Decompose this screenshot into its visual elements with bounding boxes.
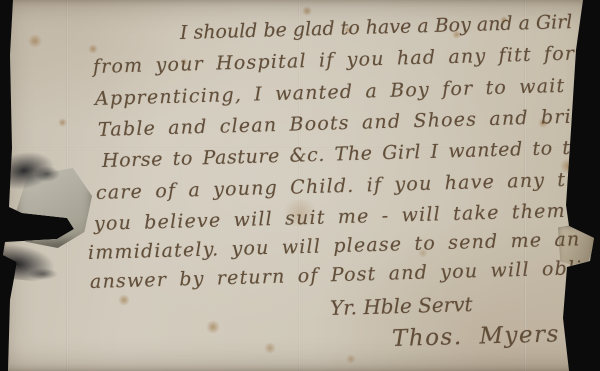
letter-paper: I should be glad to have a Boy and a Gir…: [0, 0, 600, 371]
photo-stage: I should be glad to have a Boy and a Gir…: [0, 0, 600, 371]
ink-smudge: [28, 268, 58, 280]
foxing-spot: [118, 294, 130, 306]
foxing-spot: [58, 118, 67, 127]
handwriting-line: Apprenticing, I wanted a Boy for to wait…: [95, 74, 600, 110]
foxing-spot: [88, 44, 98, 54]
handwriting-line: care of a young Child. if you have any t…: [96, 168, 600, 204]
torn-flap: [16, 168, 92, 248]
handwriting-line: from your Hospital if you had any fitt f…: [93, 43, 576, 78]
handwriting-line: answer by return of Post and you will ob…: [90, 257, 600, 293]
foxing-spot: [346, 354, 356, 364]
letter-closing: Yr. Hble Servt: [330, 292, 473, 320]
ink-smudge: [0, 243, 56, 283]
handwriting-line: Horse to Pasture &c. The Girl I wanted t…: [102, 136, 600, 172]
foxing-spot: [264, 342, 276, 354]
foxing-spot: [28, 34, 42, 48]
letter-signature: Thos. Myers: [392, 321, 561, 352]
handwriting-line: I should be glad to have a Boy and a Gir…: [180, 11, 573, 44]
foxing-spot: [206, 320, 220, 334]
foxing-spot: [302, 6, 312, 16]
handwriting-line: Table and clean Boots and Shoes and brin…: [98, 104, 600, 141]
